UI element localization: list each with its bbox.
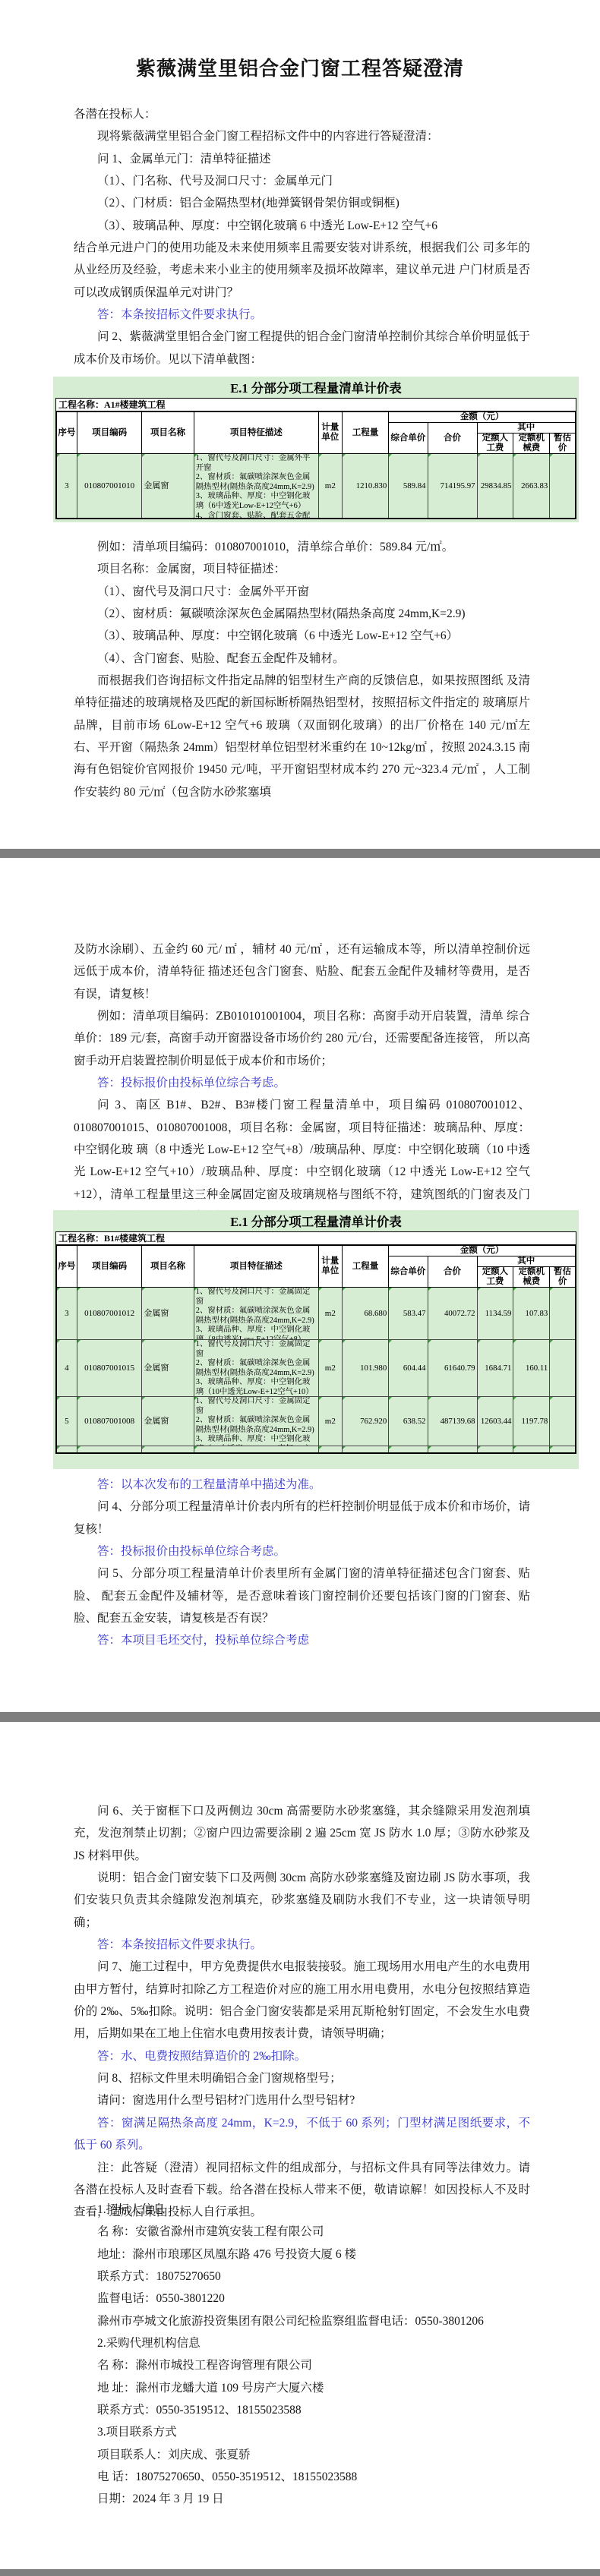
item-name-line: 项目名称：金属窗，项目特征描述：: [74, 558, 530, 580]
col-desc: 项目特征描述: [194, 411, 318, 454]
table-row: 5 010807001008 金属窗 1、窗代号及洞口尺寸：金属固定窗 2、窗材…: [56, 1397, 576, 1446]
cell-labor: 29834.85: [477, 454, 513, 519]
col-machine: 定额机械费: [513, 434, 550, 454]
cell-unit-price: 583.47: [389, 1288, 428, 1340]
question-5: 问 5、分部分项工程量清单计价表里所有金属门窗的清单特征描述包含门窗套、贴脸、 …: [74, 1562, 530, 1629]
cell-machine: 107.83: [513, 1288, 550, 1340]
cell-code: 010807001015: [77, 1340, 142, 1397]
table-row-partial: [56, 1446, 576, 1454]
cell-machine: 1197.78: [513, 1397, 550, 1446]
cell-desc: 1、窗代号及洞口尺寸：金属外平开窗 2、窗材质：氟碳喷涂深灰色金属隔热型材(隔热…: [196, 454, 317, 518]
tenderer-phone: 联系方式：18075270650: [74, 2265, 530, 2288]
cell-desc: 1、窗代号及洞口尺寸：金属固定窗 2、窗材质：氟碳喷涂深灰色金属隔热型材(隔热条…: [196, 1288, 317, 1339]
question-6-note: 说明：铝合金门窗安装下口及两侧 30cm 高防水砂浆塞缝及窗边刷 JS 防水事项…: [74, 1867, 530, 1934]
cell-unit: m2: [318, 1397, 342, 1446]
window-item-1: （1）、窗代号及洞口尺寸：金属外平开窗: [74, 581, 530, 603]
cell-code: 010807001010: [77, 454, 142, 519]
answer-2: 答：投标报价由投标单位综合考虑。: [74, 1072, 530, 1094]
cell-unit-price: 638.52: [389, 1397, 428, 1446]
cell-seq: 4: [56, 1340, 77, 1397]
cell-qty: 101.980: [342, 1340, 389, 1397]
col-total: 合价: [428, 1256, 477, 1288]
example-line: 例如：清单项目编码：010807001010，清单综合单价：589.84 元/㎡…: [74, 536, 530, 558]
col-code: 项目编码: [77, 411, 142, 454]
col-unit: 计量单位: [318, 1245, 342, 1288]
section-q6-q8-note: 问 6、关于窗框下口及两侧边 30cm 高需要防水砂浆塞缝，其余缝隙采用发泡剂填…: [74, 1800, 530, 2224]
boq-table-a1: E.1 分部分项工程量清单计价表 工程名称：A1#楼建筑工程 序号 项目编码 项…: [53, 377, 579, 522]
answer-7: 答：水、电费按照结算造价的 2‰扣除。: [74, 2045, 530, 2067]
col-code: 项目编码: [77, 1245, 142, 1288]
cell-total: 61640.79: [428, 1340, 477, 1397]
cell-unit: m2: [318, 454, 342, 519]
question-1-item-3: （3）、玻璃品种、厚度：中空钢化玻璃 6 中透光 Low-E+12 空气+6: [74, 215, 530, 237]
page-break-bar-2: [0, 1712, 600, 1722]
cell-labor: 1134.59: [477, 1288, 513, 1340]
cell-seq: 5: [56, 1397, 77, 1446]
question-7: 问 7、施工过程中，甲方免费提供水电报装接驳。施工现场用水用电产生的水电费用由甲…: [74, 1956, 530, 2045]
cell-unit: m2: [318, 1340, 342, 1397]
window-item-2: （2）、窗材质：氟碳喷涂深灰色金属隔热型材(隔热条高度 24mm,K=2.9): [74, 603, 530, 625]
col-desc: 项目特征描述: [194, 1245, 318, 1288]
cell-qty: 1210.830: [342, 454, 389, 519]
section-intro-q1-q2: 各潜在投标人： 现将紫薇满堂里铝合金门窗工程招标文件中的内容进行答疑澄清： 问 …: [74, 103, 530, 370]
answer-3: 答：以本次发布的工程量清单中描述为准。: [74, 1474, 530, 1496]
section-q2-cont-q3: 及防水涂刷）、五金约 60 元/ ㎡ ，辅材 40 元/㎡ ，还有运输成本等，所…: [74, 938, 530, 1228]
col-total: 合价: [428, 423, 477, 454]
question-4: 问 4、分部分项工程量清单计价表内所有的栏杆控制价明显低于成本价和市场价，请复核…: [74, 1496, 530, 1540]
question-8-ask: 请问：窗选用什么型号铝材?门选用什么型号铝材?: [74, 2089, 530, 2111]
intro-line: 现将紫薇满堂里铝合金门窗工程招标文件中的内容进行答疑澄清：: [74, 125, 530, 147]
boq-table-b1-grid: 序号 项目编码 项目名称 项目特征描述 计量单位 工程量 金额（元） 综合单价 …: [55, 1244, 576, 1454]
table-row: 4 010807001015 金属窗 1、窗代号及洞口尺寸：金属固定窗 2、窗材…: [56, 1340, 576, 1397]
project-contact-person: 项目联系人：刘庆成、张夏骄: [74, 2444, 530, 2466]
page-break-bar-1: [0, 849, 600, 858]
col-labor: 定额人工费: [477, 434, 513, 454]
cell-qty: 68.680: [342, 1288, 389, 1340]
supervision-phone: 监督电话：0550-3801220: [74, 2288, 530, 2310]
cell-desc: 1、窗代号及洞口尺寸：金属固定窗 2、窗材质：氟碳喷涂深灰色金属隔热型材(隔热条…: [196, 1397, 317, 1446]
cell-total: 714195.97: [428, 454, 477, 519]
cell-unit: m2: [318, 1288, 342, 1340]
tenderer-address: 地址：滁州市琅琊区凤凰东路 476 号投资大厦 6 楼: [74, 2243, 530, 2265]
tenderer-heading: 1.招标人信息: [74, 2199, 530, 2221]
col-unit-price: 综合单价: [389, 423, 428, 454]
answer-5: 答：本项目毛坯交付，投标单位综合考虑: [74, 1629, 530, 1651]
cell-name: 金属窗: [142, 1397, 194, 1446]
cell-machine: 2663.83: [513, 454, 550, 519]
page-break-bar-bottom: [0, 2569, 600, 2576]
question-2: 问 2、紫薇满堂里铝合金门窗工程提供的铝合金门窗清单控制价其综合单价明显低于成本…: [74, 326, 530, 370]
col-name: 项目名称: [142, 1245, 194, 1288]
table-project-name: 工程名称：A1#楼建筑工程: [55, 398, 576, 411]
cell-total: 40072.72: [428, 1288, 477, 1340]
col-qty: 工程量: [342, 411, 389, 454]
cell-total: 487139.68: [428, 1397, 477, 1446]
question-6: 问 6、关于窗框下口及两侧边 30cm 高需要防水砂浆塞缝，其余缝隙采用发泡剂填…: [74, 1800, 530, 1867]
group-supervision-phone: 滁州市亭城文化旅游投资集团有限公司纪检监察组监督电话：0550-3801206: [74, 2310, 530, 2332]
document-title: 紫薇满堂里铝合金门窗工程答疑澄清: [0, 53, 600, 81]
col-estimate: 暂估价: [550, 1267, 576, 1288]
col-qty: 工程量: [342, 1245, 389, 1288]
cell-estimate: [550, 454, 576, 519]
col-unit: 计量单位: [318, 411, 342, 454]
cost-analysis-continued: 及防水涂刷）、五金约 60 元/ ㎡ ，辅材 40 元/㎡ ，还有运输成本等，所…: [74, 938, 530, 1005]
table-row: 3 010807001012 金属窗 1、窗代号及洞口尺寸：金属固定窗 2、窗材…: [56, 1288, 576, 1340]
col-amount-group: 金额（元）: [389, 1245, 576, 1256]
answer-6: 答：本条按招标文件要求执行。: [74, 1934, 530, 1956]
col-seq: 序号: [56, 1245, 77, 1288]
agency-name: 名 称：滁州市城投工程咨询管理有限公司: [74, 2354, 530, 2376]
table-project-name: 工程名称：B1#楼建筑工程: [55, 1231, 576, 1244]
section-example-analysis: 例如：清单项目编码：010807001010，清单综合单价：589.84 元/㎡…: [74, 536, 530, 803]
cell-estimate: [550, 1340, 576, 1397]
question-3: 问 3、南区 B1#、B2#、B3#楼门窗工程量清单中，项目编码 0108070…: [74, 1094, 530, 1228]
question-8: 问 8、招标文件里未明确铝合金门窗规格型号；: [74, 2067, 530, 2089]
question-1-item-1: （1）、门名称、代号及洞口尺寸：金属单元门: [74, 170, 530, 192]
cell-name: 金属窗: [142, 1288, 194, 1340]
col-amount-group: 金额（元）: [389, 411, 576, 423]
cell-labor: 12603.44: [477, 1397, 513, 1446]
question-1: 问 1、金属单元门：清单特征描述: [74, 148, 530, 170]
cell-code: 010807001008: [77, 1397, 142, 1446]
col-among: 其中: [477, 1256, 576, 1267]
agency-phone: 联系方式：0550-3519512、18155023588: [74, 2399, 530, 2421]
window-item-4: （4）、含门窗套、贴脸、配套五金配件及辅材。: [74, 648, 530, 670]
project-contact-heading: 3.项目联系方式: [74, 2421, 530, 2443]
document-date: 日期：2024 年 3 月 19 日: [74, 2488, 530, 2510]
col-machine: 定额机械费: [513, 1267, 550, 1288]
cell-labor: 1684.71: [477, 1340, 513, 1397]
tenderer-name: 名 称：安徽省滁州市建筑安装工程有限公司: [74, 2221, 530, 2243]
answer-1: 答：本条按招标文件要求执行。: [74, 304, 530, 326]
col-among: 其中: [477, 423, 576, 434]
cell-name: 金属窗: [142, 454, 194, 519]
table-row: 3 010807001010 金属窗 1、窗代号及洞口尺寸：金属外平开窗 2、窗…: [56, 454, 576, 519]
window-item-3: （3）、玻璃品种、厚度：中空钢化玻璃（6 中透光 Low-E+12 空气+6）: [74, 625, 530, 647]
cell-qty: 762.920: [342, 1397, 389, 1446]
project-contact-phone: 电 话：18075270650、0550-3519512、18155023588: [74, 2466, 530, 2488]
question-1-item-2: （2）、门材质：铝合金隔热型材(地弹簧钢骨架仿铜或铜框): [74, 192, 530, 214]
col-seq: 序号: [56, 411, 77, 454]
section-q4-q5: 答：以本次发布的工程量清单中描述为准。 问 4、分部分项工程量清单计价表内所有的…: [74, 1474, 530, 1652]
cell-name: 金属窗: [142, 1340, 194, 1397]
agency-heading: 2.采购代理机构信息: [74, 2332, 530, 2354]
cost-analysis: 而根据我们咨询招标文件指定品牌的铝型材生产商的反馈信息，如果按照图纸 及清单特征…: [74, 670, 530, 803]
salutation: 各潜在投标人：: [74, 103, 530, 125]
cell-unit-price: 589.84: [389, 454, 428, 519]
cell-estimate: [550, 1288, 576, 1340]
example-zb-line: 例如：清单项目编码：ZB010101001004，项目名称：高窗手动开启装置，清…: [74, 1005, 530, 1072]
document-page: { "meta": { "title": "紫薇满堂里铝合金门窗工程答疑澄清" …: [0, 0, 600, 2576]
cell-seq: 3: [56, 1288, 77, 1340]
agency-address: 地 址：滁州市龙蟠大道 109 号房产大厦六楼: [74, 2377, 530, 2399]
table-title: E.1 分部分项工程量清单计价表: [55, 380, 576, 398]
cell-code: 010807001012: [77, 1288, 142, 1340]
cell-desc: 1、窗代号及洞口尺寸：金属固定窗 2、窗材质：氟碳喷涂深灰色金属隔热型材(隔热条…: [196, 1340, 317, 1396]
col-estimate: 暂估价: [550, 434, 576, 454]
cell-machine: 160.11: [513, 1340, 550, 1397]
section-contacts: 1.招标人信息 名 称：安徽省滁州市建筑安装工程有限公司 地址：滁州市琅琊区凤凰…: [74, 2199, 530, 2511]
cell-seq: 3: [56, 454, 77, 519]
col-name: 项目名称: [142, 411, 194, 454]
cell-estimate: [550, 1397, 576, 1446]
col-labor: 定额人工费: [477, 1267, 513, 1288]
boq-table-b1: E.1 分部分项工程量清单计价表 工程名称：B1#楼建筑工程 序号 项目编码 项…: [53, 1210, 579, 1469]
answer-4: 答：投标报价由投标单位综合考虑。: [74, 1540, 530, 1562]
question-1-note: 结合单元进户门的使用功能及未来使用频率且需要安装对讲系统，根据我们公 司多年的从…: [74, 237, 530, 304]
answer-8: 答：窗满足隔热条高度 24mm，K=2.9，不低于 60 系列；门型材满足图纸要…: [74, 2112, 530, 2157]
boq-table-a1-grid: 序号 项目编码 项目名称 项目特征描述 计量单位 工程量 金额（元） 综合单价 …: [55, 411, 576, 519]
col-unit-price: 综合单价: [389, 1256, 428, 1288]
table-title: E.1 分部分项工程量清单计价表: [55, 1213, 576, 1231]
cell-unit-price: 604.44: [389, 1340, 428, 1397]
